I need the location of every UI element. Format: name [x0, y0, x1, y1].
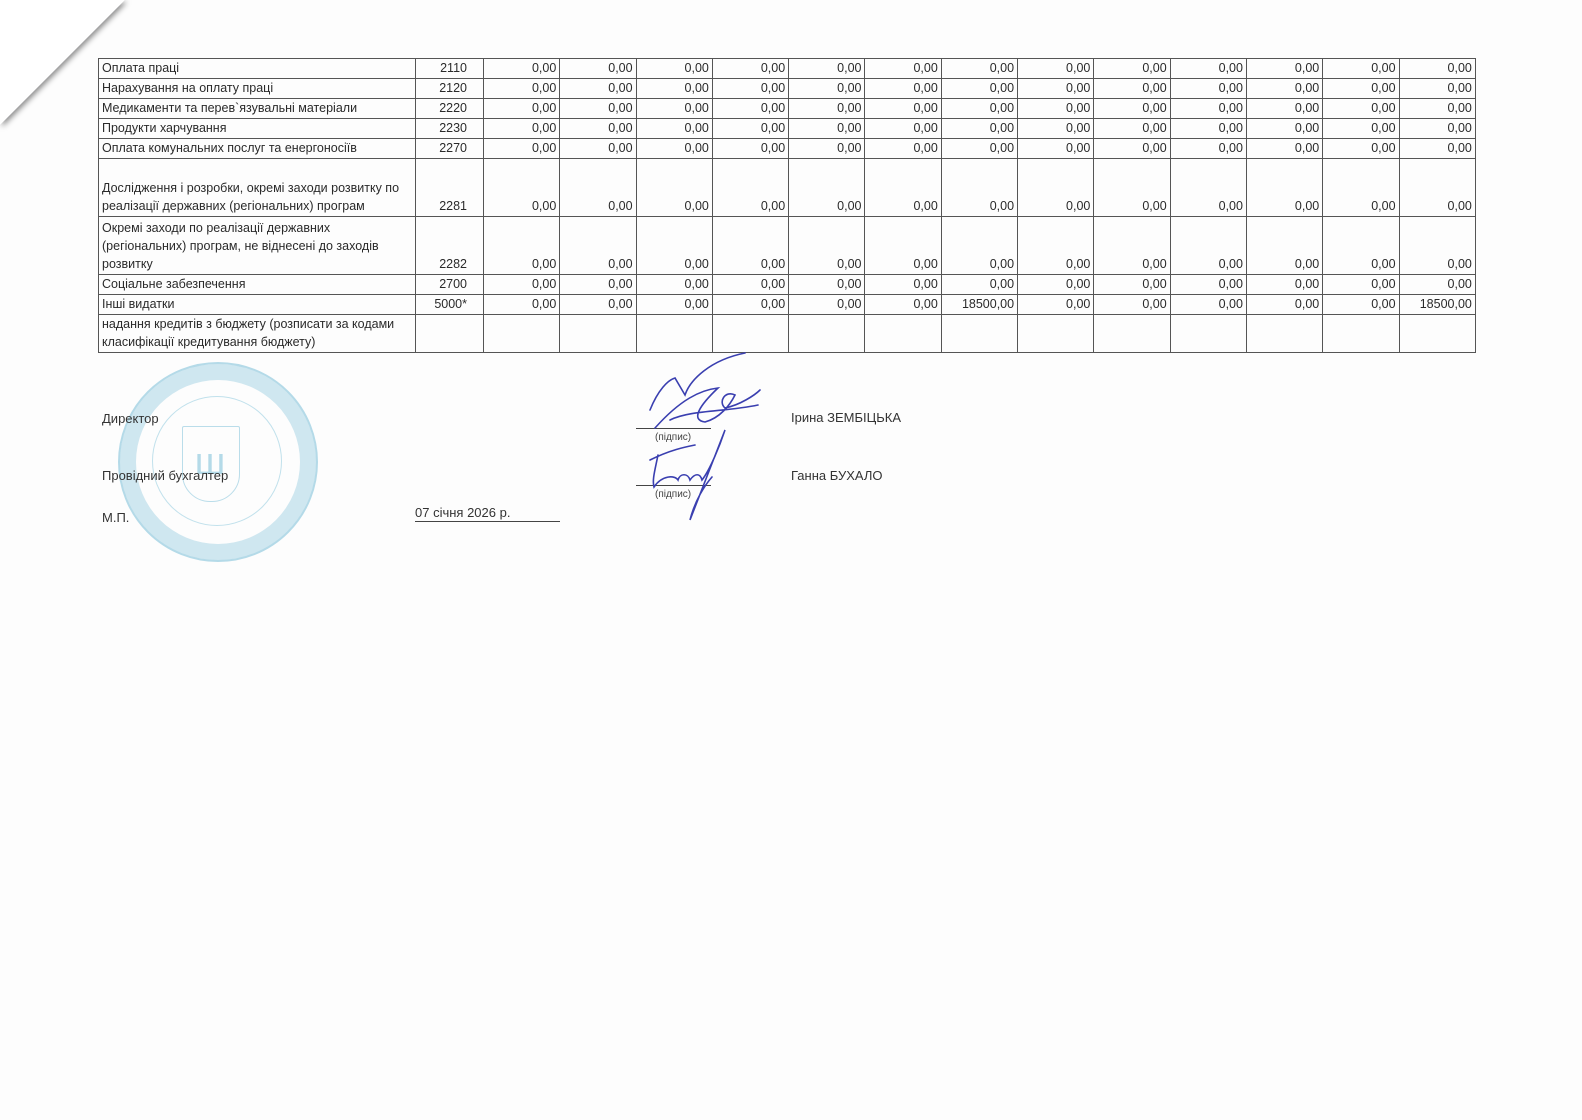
value-cell: 0,00	[1170, 139, 1246, 159]
value-cell	[1094, 315, 1170, 353]
row-label: Оплата комунальних послуг та енергоносії…	[99, 139, 416, 159]
value-cell: 0,00	[712, 159, 788, 217]
director-role-label: Директор	[102, 411, 159, 426]
value-cell: 0,00	[712, 139, 788, 159]
value-cell	[865, 315, 941, 353]
row-code: 5000*	[416, 295, 484, 315]
value-cell: 0,00	[1246, 275, 1322, 295]
value-cell: 0,00	[712, 119, 788, 139]
row-label: Соціальне забезпечення	[99, 275, 416, 295]
value-cell: 0,00	[1018, 217, 1094, 275]
value-cell: 0,00	[1170, 79, 1246, 99]
value-cell: 0,00	[1094, 119, 1170, 139]
value-cell: 0,00	[560, 119, 636, 139]
value-cell: 0,00	[865, 119, 941, 139]
value-cell: 0,00	[789, 139, 865, 159]
value-cell: 0,00	[789, 99, 865, 119]
value-cell: 0,00	[560, 79, 636, 99]
value-cell: 0,00	[1323, 217, 1399, 275]
value-cell	[941, 315, 1017, 353]
value-cell	[1170, 315, 1246, 353]
table-row: Медикаменти та перев`язувальні матеріали…	[99, 99, 1476, 119]
value-cell	[1246, 315, 1322, 353]
value-cell: 0,00	[1094, 295, 1170, 315]
value-cell: 0,00	[636, 99, 712, 119]
row-code: 2270	[416, 139, 484, 159]
value-cell: 0,00	[1170, 275, 1246, 295]
value-cell: 0,00	[865, 159, 941, 217]
row-code: 2120	[416, 79, 484, 99]
value-cell: 0,00	[941, 79, 1017, 99]
official-stamp: ш	[118, 362, 318, 562]
accountant-name: Ганна БУХАЛО	[791, 468, 883, 483]
row-label: Оплата праці	[99, 59, 416, 79]
row-code	[416, 315, 484, 353]
value-cell: 0,00	[636, 119, 712, 139]
document-date: 07 січня 2026 р.	[415, 505, 560, 522]
value-cell: 0,00	[941, 59, 1017, 79]
value-cell: 0,00	[712, 79, 788, 99]
value-cell: 0,00	[1094, 99, 1170, 119]
row-code: 2282	[416, 217, 484, 275]
value-cell: 0,00	[636, 295, 712, 315]
value-cell: 0,00	[789, 295, 865, 315]
row-label: надання кредитів з бюджету (розписати за…	[99, 315, 416, 353]
value-cell: 0,00	[484, 275, 560, 295]
table-row: Дослідження і розробки, окремі заходи ро…	[99, 159, 1476, 217]
value-cell: 0,00	[1323, 59, 1399, 79]
value-cell: 0,00	[1018, 275, 1094, 295]
value-cell	[789, 315, 865, 353]
value-cell: 0,00	[712, 275, 788, 295]
value-cell: 0,00	[1399, 79, 1475, 99]
value-cell: 0,00	[1094, 59, 1170, 79]
value-cell: 0,00	[1018, 79, 1094, 99]
value-cell: 0,00	[865, 79, 941, 99]
value-cell: 0,00	[941, 217, 1017, 275]
value-cell: 0,00	[636, 217, 712, 275]
value-cell: 0,00	[1399, 99, 1475, 119]
value-cell: 0,00	[1094, 275, 1170, 295]
seal-label: М.П.	[102, 510, 129, 525]
value-cell: 0,00	[1246, 139, 1322, 159]
value-cell: 0,00	[1018, 59, 1094, 79]
value-cell: 0,00	[1323, 295, 1399, 315]
row-code: 2700	[416, 275, 484, 295]
table-row: Продукти харчування22300,000,000,000,000…	[99, 119, 1476, 139]
table-row: Інші видатки5000*0,000,000,000,000,000,0…	[99, 295, 1476, 315]
value-cell: 0,00	[560, 59, 636, 79]
table-row: надання кредитів з бюджету (розписати за…	[99, 315, 1476, 353]
value-cell: 0,00	[712, 217, 788, 275]
value-cell: 0,00	[636, 79, 712, 99]
value-cell: 0,00	[1323, 139, 1399, 159]
table-row: Оплата праці21100,000,000,000,000,000,00…	[99, 59, 1476, 79]
value-cell: 0,00	[789, 79, 865, 99]
value-cell: 18500,00	[941, 295, 1017, 315]
value-cell: 0,00	[789, 217, 865, 275]
table-row: Соціальне забезпечення27000,000,000,000,…	[99, 275, 1476, 295]
row-label: Дослідження і розробки, окремі заходи ро…	[99, 159, 416, 217]
value-cell: 0,00	[941, 99, 1017, 119]
value-cell: 0,00	[1094, 79, 1170, 99]
value-cell: 0,00	[1246, 295, 1322, 315]
value-cell: 0,00	[560, 99, 636, 119]
value-cell: 0,00	[484, 295, 560, 315]
row-code: 2281	[416, 159, 484, 217]
value-cell: 0,00	[1094, 159, 1170, 217]
value-cell: 0,00	[1094, 139, 1170, 159]
value-cell: 0,00	[484, 119, 560, 139]
value-cell: 0,00	[789, 119, 865, 139]
value-cell	[1399, 315, 1475, 353]
value-cell: 0,00	[1170, 59, 1246, 79]
value-cell: 0,00	[712, 295, 788, 315]
value-cell: 0,00	[1323, 159, 1399, 217]
value-cell: 0,00	[941, 275, 1017, 295]
director-signature	[630, 350, 765, 435]
value-cell: 0,00	[1323, 79, 1399, 99]
value-cell: 0,00	[1018, 119, 1094, 139]
value-cell: 0,00	[941, 159, 1017, 217]
value-cell: 0,00	[636, 139, 712, 159]
value-cell: 0,00	[1018, 295, 1094, 315]
value-cell: 0,00	[1246, 99, 1322, 119]
value-cell: 0,00	[1323, 119, 1399, 139]
row-label: Інші видатки	[99, 295, 416, 315]
value-cell: 0,00	[1246, 59, 1322, 79]
value-cell: 0,00	[1399, 59, 1475, 79]
value-cell: 0,00	[865, 217, 941, 275]
value-cell: 0,00	[1018, 99, 1094, 119]
value-cell: 0,00	[865, 139, 941, 159]
value-cell: 0,00	[560, 275, 636, 295]
row-label: Медикаменти та перев`язувальні матеріали	[99, 99, 416, 119]
value-cell: 0,00	[1170, 99, 1246, 119]
row-code: 2220	[416, 99, 484, 119]
value-cell: 0,00	[636, 275, 712, 295]
value-cell: 0,00	[1018, 139, 1094, 159]
value-cell: 18500,00	[1399, 295, 1475, 315]
value-cell: 0,00	[1399, 159, 1475, 217]
value-cell: 0,00	[484, 99, 560, 119]
value-cell: 0,00	[484, 79, 560, 99]
value-cell: 0,00	[484, 139, 560, 159]
value-cell: 0,00	[560, 217, 636, 275]
value-cell: 0,00	[484, 59, 560, 79]
value-cell: 0,00	[865, 59, 941, 79]
value-cell: 0,00	[636, 159, 712, 217]
value-cell	[1018, 315, 1094, 353]
value-cell: 0,00	[1323, 275, 1399, 295]
director-name: Ірина ЗЕМБІЦЬКА	[791, 410, 901, 425]
value-cell: 0,00	[1170, 159, 1246, 217]
value-cell: 0,00	[712, 99, 788, 119]
row-label: Нарахування на оплату праці	[99, 79, 416, 99]
row-label: Продукти харчування	[99, 119, 416, 139]
value-cell: 0,00	[1246, 119, 1322, 139]
value-cell: 0,00	[1399, 275, 1475, 295]
value-cell: 0,00	[1246, 217, 1322, 275]
value-cell: 0,00	[865, 275, 941, 295]
value-cell: 0,00	[560, 159, 636, 217]
value-cell: 0,00	[1170, 295, 1246, 315]
value-cell: 0,00	[941, 119, 1017, 139]
value-cell: 0,00	[636, 59, 712, 79]
accountant-signature	[640, 425, 735, 525]
value-cell: 0,00	[1246, 159, 1322, 217]
value-cell: 0,00	[789, 275, 865, 295]
value-cell: 0,00	[560, 139, 636, 159]
value-cell: 0,00	[941, 139, 1017, 159]
row-code: 2230	[416, 119, 484, 139]
value-cell: 0,00	[789, 159, 865, 217]
row-label: Окремі заходи по реалізації державних (р…	[99, 217, 416, 275]
value-cell: 0,00	[1246, 79, 1322, 99]
table-row: Окремі заходи по реалізації державних (р…	[99, 217, 1476, 275]
value-cell: 0,00	[789, 59, 865, 79]
value-cell: 0,00	[1399, 119, 1475, 139]
value-cell	[484, 315, 560, 353]
value-cell: 0,00	[484, 217, 560, 275]
value-cell	[1323, 315, 1399, 353]
value-cell: 0,00	[1170, 119, 1246, 139]
value-cell: 0,00	[1094, 217, 1170, 275]
value-cell: 0,00	[484, 159, 560, 217]
row-code: 2110	[416, 59, 484, 79]
table-row: Оплата комунальних послуг та енергоносії…	[99, 139, 1476, 159]
budget-table: Оплата праці21100,000,000,000,000,000,00…	[98, 58, 1476, 353]
value-cell	[636, 315, 712, 353]
value-cell: 0,00	[1323, 99, 1399, 119]
value-cell: 0,00	[560, 295, 636, 315]
accountant-role-label: Провідний бухгалтер	[102, 468, 228, 483]
value-cell: 0,00	[1170, 217, 1246, 275]
table-row: Нарахування на оплату праці21200,000,000…	[99, 79, 1476, 99]
value-cell: 0,00	[712, 59, 788, 79]
value-cell: 0,00	[865, 295, 941, 315]
value-cell: 0,00	[1399, 139, 1475, 159]
value-cell	[712, 315, 788, 353]
value-cell: 0,00	[1018, 159, 1094, 217]
value-cell: 0,00	[865, 99, 941, 119]
value-cell: 0,00	[1399, 217, 1475, 275]
value-cell	[560, 315, 636, 353]
